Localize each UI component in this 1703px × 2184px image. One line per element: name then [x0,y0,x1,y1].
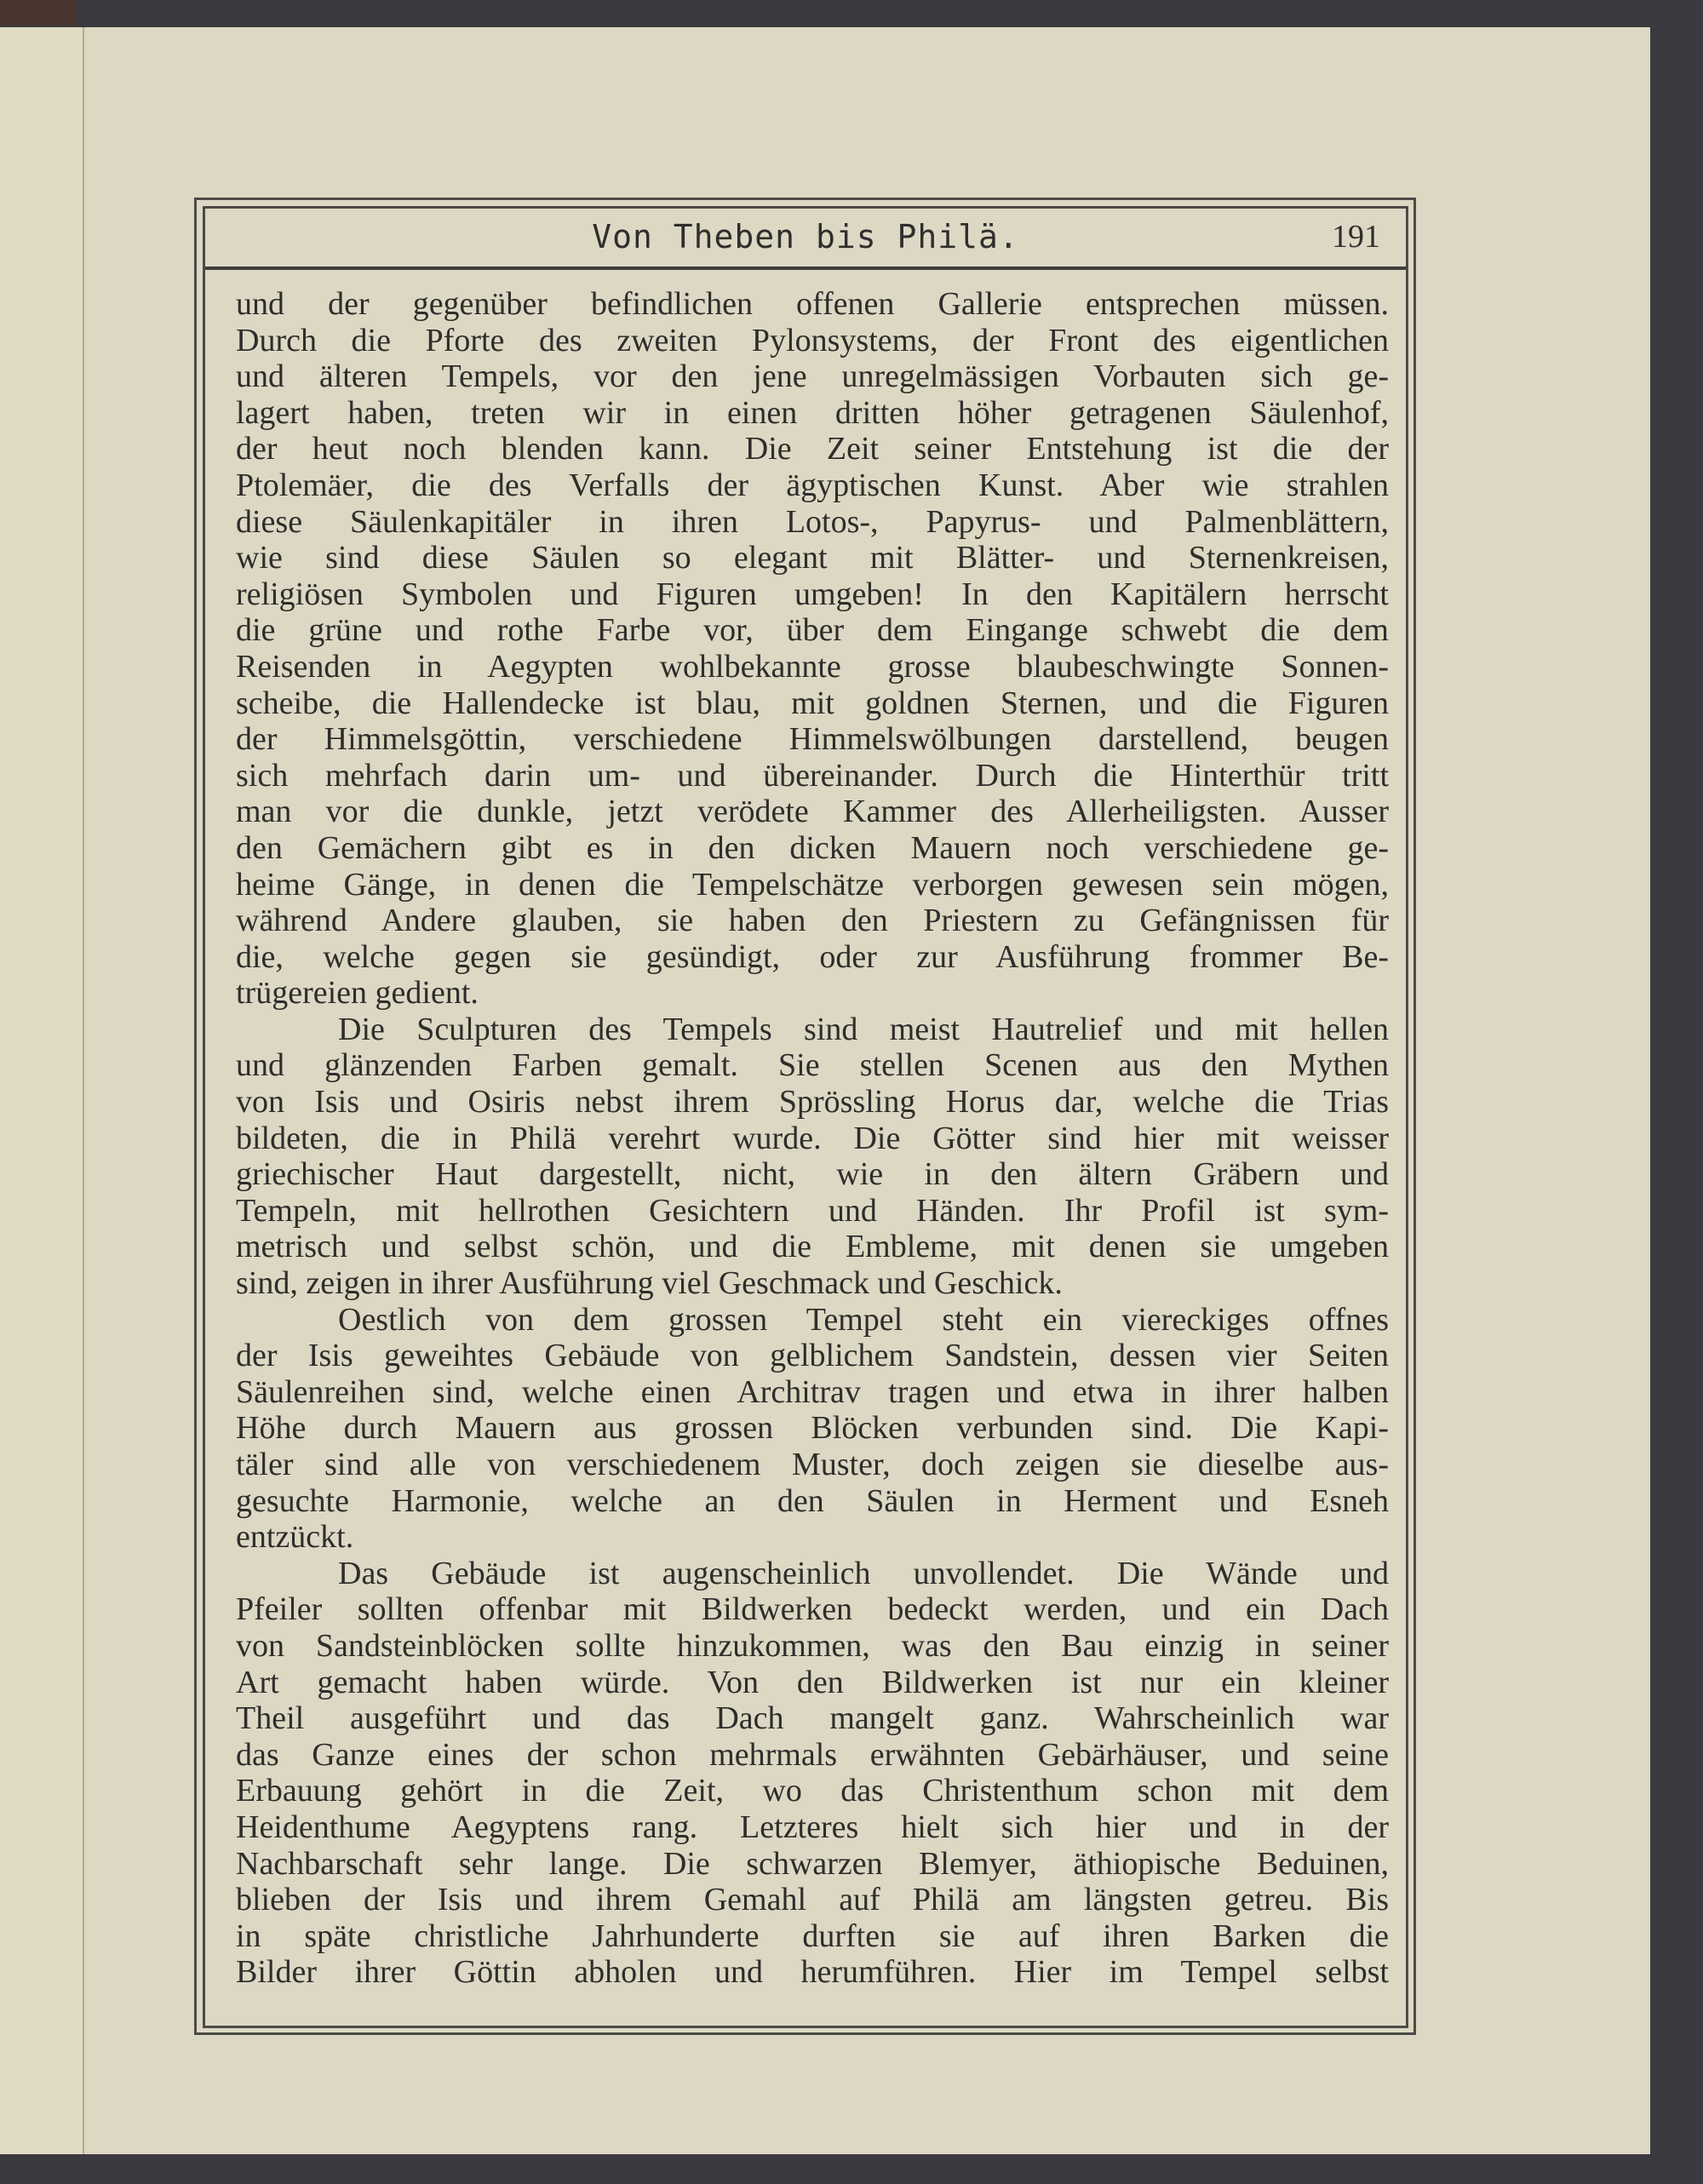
text-line: wie sind diese Säulen so elegant mit Blä… [236,540,1389,576]
text-line: und der gegenüber befindlichen offenen G… [236,286,1389,323]
text-line: Heidenthume Aegyptens rang. Letzteres hi… [236,1809,1389,1846]
text-line: von Isis und Osiris nebst ihrem Sprössli… [236,1084,1389,1121]
text-line: Erbauung gehört in die Zeit, wo das Chri… [236,1773,1389,1809]
text-line: griechischer Haut dargestellt, nicht, wi… [236,1156,1389,1193]
text-line: metrisch und selbst schön, und die Emble… [236,1229,1389,1265]
text-line: während Andere glauben, sie haben den Pr… [236,903,1389,939]
text-line: Art gemacht haben würde. Von den Bildwer… [236,1665,1389,1701]
text-line: blieben der Isis und ihrem Gemahl auf Ph… [236,1882,1389,1918]
text-line: und glänzenden Farben gemalt. Sie stelle… [236,1047,1389,1084]
running-header: Von Theben bis Philä. 191 [205,209,1406,270]
background-bottom [0,2154,1703,2184]
text-line: Theil ausgeführt und das Dach mangelt ga… [236,1700,1389,1737]
text-line: in späte christliche Jahrhunderte durfte… [236,1918,1389,1955]
text-line: sind, zeigen in ihrer Ausführung viel Ge… [236,1265,1389,1302]
text-line: Höhe durch Mauern aus grossen Blöcken ve… [236,1410,1389,1447]
text-line: religiösen Symbolen und Figuren umgeben!… [236,576,1389,613]
running-title: Von Theben bis Philä. [205,218,1406,255]
body-text: und der gegenüber befindlichen offenen G… [236,286,1389,1991]
text-line: bildeten, die in Philä verehrt wurde. Di… [236,1121,1389,1157]
text-line: Ptolemäer, die des Verfalls der ägyptisc… [236,467,1389,504]
text-line: den Gemächern gibt es in den dicken Maue… [236,830,1389,867]
text-line: Das Gebäude ist augenscheinlich unvollen… [236,1556,1389,1592]
text-line: die, welche gegen sie gesündigt, oder zu… [236,939,1389,976]
text-line: scheibe, die Hallendecke ist blau, mit g… [236,685,1389,722]
text-line: von Sandsteinblöcken sollte hinzukommen,… [236,1628,1389,1665]
text-line: man vor die dunkle, jetzt verödete Kamme… [236,794,1389,830]
text-line: Nachbarschaft sehr lange. Die schwarzen … [236,1846,1389,1883]
text-line: Durch die Pforte des zweiten Pylonsystem… [236,323,1389,359]
text-line: Säulenreihen sind, welche einen Architra… [236,1374,1389,1411]
text-line: trügereien gedient. [236,975,1389,1012]
text-line: der Isis geweihtes Gebäude von gelbliche… [236,1338,1389,1374]
text-line: die grüne und rothe Farbe vor, über dem … [236,612,1389,649]
text-line: das Ganze eines der schon mehrmals erwäh… [236,1737,1389,1774]
text-line: sich mehrfach darin um- und übereinander… [236,758,1389,794]
background-right [1650,0,1703,2184]
text-line: Tempeln, mit hellrothen Gesichtern und H… [236,1193,1389,1230]
text-line: Bilder ihrer Göttin abholen und herumfüh… [236,1954,1389,1991]
text-line: Pfeiler sollten offenbar mit Bildwerken … [236,1591,1389,1628]
text-line: diese Säulenkapitäler in ihren Lotos-, P… [236,504,1389,541]
page-number: 191 [1332,218,1380,255]
text-line: Die Sculpturen des Tempels sind meist Ha… [236,1012,1389,1048]
text-line: Oestlich von dem grossen Tempel steht ei… [236,1302,1389,1338]
text-line: lagert haben, treten wir in einen dritte… [236,395,1389,432]
text-line: und älteren Tempels, vor den jene unrege… [236,358,1389,395]
text-line: der Himmelsgöttin, verschiedene Himmelsw… [236,721,1389,758]
previous-page-edge [0,27,84,2154]
text-line: der heut noch blenden kann. Die Zeit sei… [236,431,1389,467]
text-line: täler sind alle von verschiedenem Muster… [236,1447,1389,1483]
text-line: Reisenden in Aegypten wohlbekannte gross… [236,649,1389,685]
text-line: entzückt. [236,1519,1389,1556]
text-line: gesuchte Harmonie, welche an den Säulen … [236,1483,1389,1520]
book-binding-edge [0,0,77,26]
text-line: heime Gänge, in denen die Tempelschätze … [236,867,1389,903]
